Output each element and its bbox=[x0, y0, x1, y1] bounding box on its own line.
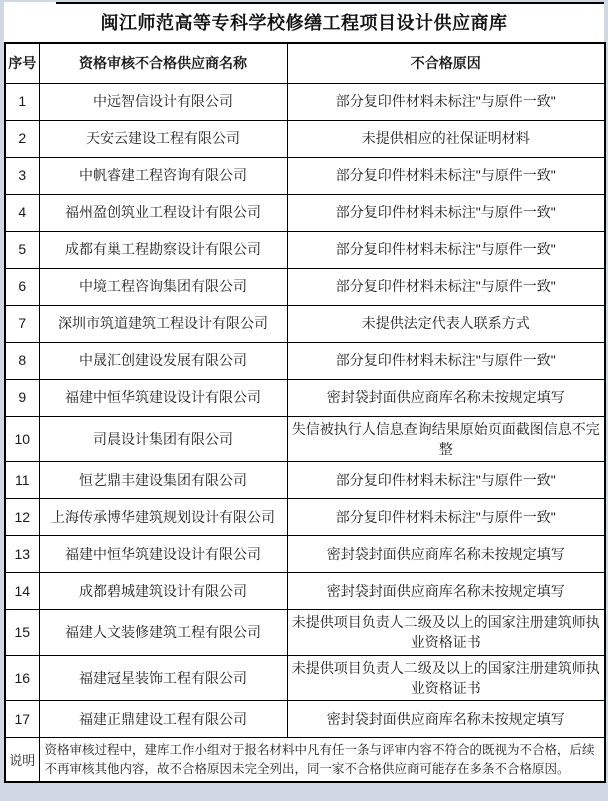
reject-reason: 部分复印件材料未标注"与原件一致" bbox=[287, 342, 605, 379]
note-row: 说明 资格审核过程中，建库工作小组对于报名材料中凡有任一条与评审内容不符合的既视… bbox=[5, 738, 605, 782]
table-row: 1中远智信设计有限公司部分复印件材料未标注"与原件一致" bbox=[5, 83, 605, 120]
supplier-name: 福建中恒华筑建设设计有限公司 bbox=[39, 536, 287, 573]
note-text: 资格审核过程中，建库工作小组对于报名材料中凡有任一条与评审内容不符合的既视为不合… bbox=[39, 738, 605, 782]
supplier-name: 深圳市筑道建筑工程设计有限公司 bbox=[39, 305, 287, 342]
supplier-name: 福建人文装修建筑工程有限公司 bbox=[39, 610, 287, 656]
reject-reason: 未提供相应的社保证明材料 bbox=[287, 120, 605, 157]
reject-reason: 部分复印件材料未标注"与原件一致" bbox=[287, 499, 605, 536]
reject-reason: 密封袋封面供应商库名称未按规定填写 bbox=[287, 379, 605, 416]
spreadsheet-table: 闽江师范高等专科学校修缮工程项目设计供应商库 序号 资格审核不合格供应商名称 不… bbox=[4, 2, 604, 783]
row-number: 3 bbox=[5, 157, 39, 194]
supplier-name: 中帆睿建工程咨询有限公司 bbox=[39, 157, 287, 194]
table-row: 2天安云建设工程有限公司未提供相应的社保证明材料 bbox=[5, 120, 605, 157]
supplier-name: 天安云建设工程有限公司 bbox=[39, 120, 287, 157]
supplier-name: 上海传承博华建筑规划设计有限公司 bbox=[39, 499, 287, 536]
reject-reason: 部分复印件材料未标注"与原件一致" bbox=[287, 231, 605, 268]
reject-reason: 未提供项目负责人二级及以上的国家注册建筑师执业资格证书 bbox=[287, 655, 605, 701]
table-row: 15福建人文装修建筑工程有限公司未提供项目负责人二级及以上的国家注册建筑师执业资… bbox=[5, 610, 605, 656]
row-number: 1 bbox=[5, 83, 39, 120]
table-row: 7深圳市筑道建筑工程设计有限公司未提供法定代表人联系方式 bbox=[5, 305, 605, 342]
row-number: 5 bbox=[5, 231, 39, 268]
table-row: 12上海传承博华建筑规划设计有限公司部分复印件材料未标注"与原件一致" bbox=[5, 499, 605, 536]
reject-reason: 未提供法定代表人联系方式 bbox=[287, 305, 605, 342]
reject-reason: 失信被执行人信息查询结果原始页面截图信息不完整 bbox=[287, 416, 605, 462]
reject-reason: 部分复印件材料未标注"与原件一致" bbox=[287, 194, 605, 231]
supplier-name: 司晨设计集团有限公司 bbox=[39, 416, 287, 462]
reject-reason: 部分复印件材料未标注"与原件一致" bbox=[287, 268, 605, 305]
supplier-name: 中远智信设计有限公司 bbox=[39, 83, 287, 120]
row-number: 7 bbox=[5, 305, 39, 342]
reject-reason: 密封袋封面供应商库名称未按规定填写 bbox=[287, 573, 605, 610]
supplier-name: 中晟汇创建设发展有限公司 bbox=[39, 342, 287, 379]
row-number: 9 bbox=[5, 379, 39, 416]
row-number: 14 bbox=[5, 573, 39, 610]
supplier-name: 成都有巢工程勘察设计有限公司 bbox=[39, 231, 287, 268]
title-top-border bbox=[56, 2, 604, 4]
header-reject-reason: 不合格原因 bbox=[287, 43, 605, 83]
header-index: 序号 bbox=[5, 43, 39, 83]
table-row: 3中帆睿建工程咨询有限公司部分复印件材料未标注"与原件一致" bbox=[5, 157, 605, 194]
row-number: 12 bbox=[5, 499, 39, 536]
row-number: 11 bbox=[5, 462, 39, 499]
table-row: 16福建冠星装饰工程有限公司未提供项目负责人二级及以上的国家注册建筑师执业资格证… bbox=[5, 655, 605, 701]
row-number: 15 bbox=[5, 610, 39, 656]
table-row: 10司晨设计集团有限公司失信被执行人信息查询结果原始页面截图信息不完整 bbox=[5, 416, 605, 462]
reject-reason: 密封袋封面供应商库名称未按规定填写 bbox=[287, 536, 605, 573]
supplier-name: 中境工程咨询集团有限公司 bbox=[39, 268, 287, 305]
row-number: 2 bbox=[5, 120, 39, 157]
table-header: 序号 资格审核不合格供应商名称 不合格原因 bbox=[5, 43, 605, 83]
table-row: 17福建正鼎建设工程有限公司密封袋封面供应商库名称未按规定填写 bbox=[5, 701, 605, 738]
table-body: 1中远智信设计有限公司部分复印件材料未标注"与原件一致"2天安云建设工程有限公司… bbox=[5, 83, 605, 738]
reject-reason: 未提供项目负责人二级及以上的国家注册建筑师执业资格证书 bbox=[287, 610, 605, 656]
row-number: 16 bbox=[5, 655, 39, 701]
row-number: 6 bbox=[5, 268, 39, 305]
table-title-row: 闽江师范高等专科学校修缮工程项目设计供应商库 bbox=[4, 2, 604, 42]
table-row: 6中境工程咨询集团有限公司部分复印件材料未标注"与原件一致" bbox=[5, 268, 605, 305]
supplier-name: 福建正鼎建设工程有限公司 bbox=[39, 701, 287, 738]
row-number: 13 bbox=[5, 536, 39, 573]
table-row: 4福州盈创筑业工程设计有限公司部分复印件材料未标注"与原件一致" bbox=[5, 194, 605, 231]
row-number: 17 bbox=[5, 701, 39, 738]
header-row: 序号 资格审核不合格供应商名称 不合格原因 bbox=[5, 43, 605, 83]
header-supplier-name: 资格审核不合格供应商名称 bbox=[39, 43, 287, 83]
table-row: 14成都碧城建筑设计有限公司密封袋封面供应商库名称未按规定填写 bbox=[5, 573, 605, 610]
row-number: 10 bbox=[5, 416, 39, 462]
table-row: 5成都有巢工程勘察设计有限公司部分复印件材料未标注"与原件一致" bbox=[5, 231, 605, 268]
note-label: 说明 bbox=[5, 738, 39, 782]
page-title: 闽江师范高等专科学校修缮工程项目设计供应商库 bbox=[101, 9, 508, 35]
table-footer: 说明 资格审核过程中，建库工作小组对于报名材料中凡有任一条与评审内容不符合的既视… bbox=[5, 738, 605, 782]
supplier-name: 成都碧城建筑设计有限公司 bbox=[39, 573, 287, 610]
reject-reason: 部分复印件材料未标注"与原件一致" bbox=[287, 83, 605, 120]
table-row: 13福建中恒华筑建设设计有限公司密封袋封面供应商库名称未按规定填写 bbox=[5, 536, 605, 573]
table-row: 9福建中恒华筑建设设计有限公司密封袋封面供应商库名称未按规定填写 bbox=[5, 379, 605, 416]
reject-reason: 部分复印件材料未标注"与原件一致" bbox=[287, 157, 605, 194]
table-row: 8中晟汇创建设发展有限公司部分复印件材料未标注"与原件一致" bbox=[5, 342, 605, 379]
supplier-name: 福州盈创筑业工程设计有限公司 bbox=[39, 194, 287, 231]
reject-reason: 密封袋封面供应商库名称未按规定填写 bbox=[287, 701, 605, 738]
row-number: 4 bbox=[5, 194, 39, 231]
supplier-review-table: 序号 资格审核不合格供应商名称 不合格原因 1中远智信设计有限公司部分复印件材料… bbox=[4, 42, 606, 783]
table-row: 11恒艺鼎丰建设集团有限公司部分复印件材料未标注"与原件一致" bbox=[5, 462, 605, 499]
reject-reason: 部分复印件材料未标注"与原件一致" bbox=[287, 462, 605, 499]
row-number: 8 bbox=[5, 342, 39, 379]
supplier-name: 恒艺鼎丰建设集团有限公司 bbox=[39, 462, 287, 499]
supplier-name: 福建中恒华筑建设设计有限公司 bbox=[39, 379, 287, 416]
supplier-name: 福建冠星装饰工程有限公司 bbox=[39, 655, 287, 701]
